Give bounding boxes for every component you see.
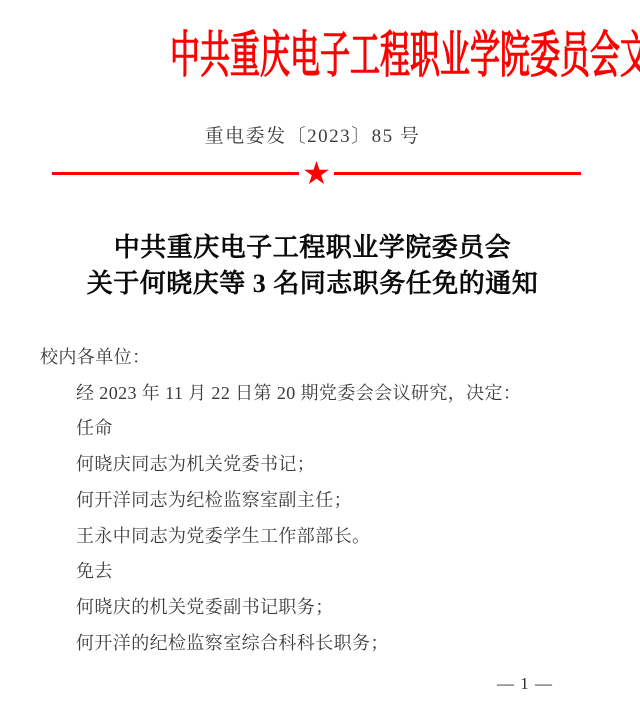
red-rule-left-segment [52,172,299,175]
page-number: — 1 — [497,672,553,696]
document-number: 重电委发〔2023〕85 号 [0,124,625,150]
document-page: 中共重庆电子工程职业学院委员会文件 重电委发〔2023〕85 号 ★ 中共重庆电… [0,0,640,725]
star-icon: ★ [302,160,331,186]
red-rule: ★ [52,160,581,186]
document-title-line1: 中共重庆电子工程职业学院委员会 [0,230,625,266]
document-title: 中共重庆电子工程职业学院委员会 关于何晓庆等 3 名同志职务任免的通知 [0,230,625,301]
document-title-line2: 关于何晓庆等 3 名同志职务任免的通知 [0,266,625,302]
body-paragraph: 王永中同志为党委学生工作部部长。 [40,519,602,555]
document-body: 校内各单位： 经 2023 年 11 月 22 日第 20 期党委会会议研究，决… [40,340,602,661]
body-paragraph: 经 2023 年 11 月 22 日第 20 期党委会会议研究，决定： [40,376,602,412]
body-paragraph: 何晓庆同志为机关党委书记； [40,447,602,483]
masthead: 中共重庆电子工程职业学院委员会文件 [0,25,625,98]
body-paragraph: 任命 [40,411,602,447]
salutation: 校内各单位： [40,340,602,376]
red-rule-right-segment [334,172,581,175]
body-paragraph: 何晓庆的机关党委副书记职务； [40,590,602,626]
body-paragraph: 何开洋同志为纪检监察室副主任； [40,483,602,519]
body-paragraph: 何开洋的纪检监察室综合科科长职务； [40,626,602,662]
body-paragraph: 免去 [40,554,602,590]
masthead-org-title: 中共重庆电子工程职业学院委员会文件 [170,25,640,85]
